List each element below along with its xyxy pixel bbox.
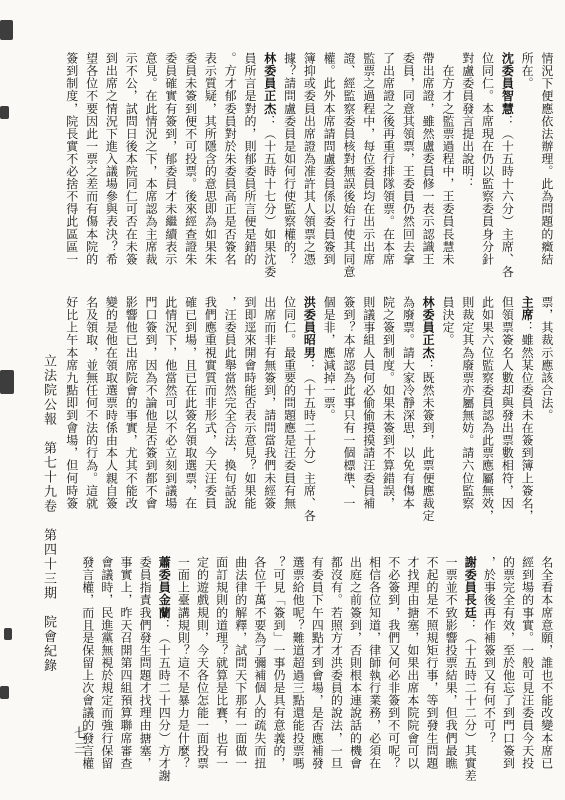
text-column: 票，其裁示應該合法。 (539, 296, 553, 530)
scan-artifact (0, 106, 9, 119)
text-column: 才找理由搪塞，如果出席本院院會可以 (405, 556, 419, 794)
text-column: 據？請問盧委員是如何行使監察權的？ (282, 52, 296, 276)
text-column: 但領票簽名人數却與發出票數相符，因 (500, 296, 514, 530)
text-column: 在方才之監票過程中，王委員長慧未 (440, 52, 454, 276)
text-column: 則議事組人員何必偷偷摸摸請汪委員補 (361, 296, 375, 530)
speaker-name: 蕭委員金蘭 (157, 556, 171, 619)
speaker-name: 洪委員昭男 (302, 296, 316, 359)
scan-artifact (0, 686, 9, 699)
text-column: ，汪委員此舉當然完全合法，換句話說 (222, 296, 236, 530)
text-column: 的票完全有效，至於他忘了到門口簽到 (501, 556, 515, 794)
text-column: ，於事後再作補簽到又有何不可？ (482, 556, 496, 794)
text-column: 此如果六位監察委員認為此票應屬無效， (480, 296, 494, 530)
text-column: 了出席證之後再重行排隊領票。在本席 (381, 52, 395, 276)
text-column: 會議時，民進黨無視於規定而強行保留 (99, 556, 113, 794)
text-column: 出席而非有無簽到，請問當我們未經簽 (262, 296, 276, 530)
text-column: 簽到制度，院長實不必捨不得此區區一 (64, 52, 78, 276)
text-column: 蕭委員金蘭：（十五時二十四分）方才謝 (157, 556, 171, 794)
text-column: 主席：雖然某位委員未在簽到簿上簽名， (519, 296, 533, 530)
text-column: 各位千萬不要為了彌補個人的疏失而扭 (252, 556, 266, 794)
text-column: 委員指責我們發生問題才找理由搪塞， (137, 556, 151, 794)
text-column: 帶出席證，雖然盧委員修一表示認識王 (420, 52, 434, 276)
text-column: 證、經監察委員核對無誤後始行使其同意 (341, 52, 355, 276)
text-column: 望各位不要因此一票之差而有傷本院的 (84, 52, 98, 276)
scan-artifact (0, 20, 13, 40)
text-band-bottom: 名全看本席意願，誰也不能改變本席已經到場的事實。一般可見汪委員今天投的票完全有效… (80, 556, 553, 794)
text-column: 曲法律的解釋，試問天下那有一面做一 (233, 556, 247, 794)
text-column: 相信各位知道，律師執行業務，必須在 (367, 556, 381, 794)
text-column: 名全看本席意願，誰也不能改變本席已 (539, 556, 553, 794)
text-column: 門口簽到，因為不論他是否簽到都不會 (143, 296, 157, 530)
text-column: 個是非，應減掉一票。 (321, 296, 335, 530)
text-column: 位同仁。本席現在仍以監察委員身分針 (480, 52, 494, 276)
text-column: 林委員正杰：既然未簽到，此票便應裁定 (420, 296, 434, 530)
text-column: 對盧委員發言提出說明： (460, 52, 474, 276)
text-band-middle: 票，其裁示應該合法。主席：雖然某位委員未在簽到簿上簽名，但領票簽名人數却與發出票… (64, 296, 553, 530)
text-column: 我們應重視實質而非形式，今天汪委員 (203, 296, 217, 530)
text-column: ？可見「簽到」一事仍是具有意義的， (271, 556, 285, 794)
speaker-name: 林委員正杰 (263, 52, 277, 115)
scan-artifact (0, 370, 14, 394)
text-column: 員決定。 (440, 296, 454, 530)
text-column: 表示質疑，其所隱含的意思即為如果朱 (203, 52, 217, 276)
text-column: 此情況下，他當然可以不必立刻到議場 (163, 296, 177, 530)
text-column: 林委員正杰：（十五時十七分）如果沈委 (262, 52, 276, 276)
speaker-name: 林委員正杰 (421, 296, 435, 359)
text-column: 為廢票。請大家冷靜深思，以免有傷本 (401, 296, 415, 530)
text-column: 發言權，而且是保留上次會議的發言權 (80, 556, 94, 794)
text-column: 到即逕來開會時能否表示意見？如果能 (242, 296, 256, 530)
text-column: 面訂規則的道理？就算是比賽，也有一 (214, 556, 228, 794)
text-column: 經到場的事實。一般可見汪委員今天投 (520, 556, 534, 794)
text-column: 出庭之前簽到，否則根本連說話的機會 (348, 556, 362, 794)
text-column: 洪委員昭男：（十五時二十分）主席、各 (302, 296, 316, 530)
text-column: 位同仁。最重要的問題應是汪委員有無 (282, 296, 296, 530)
text-column: 謝委員長廷：（十五時二十二分）其實差 (463, 556, 477, 794)
text-column: 名及領取，並無任何不法的行為。這就 (84, 296, 98, 530)
scan-artifact (4, 628, 12, 640)
speaker-name: 沈委員智慧 (500, 52, 514, 115)
text-column: 情況下便應依法辦理。此為問題的癥結 (539, 52, 553, 276)
text-column: 不必簽到，我們又何必非簽到不可呢？ (386, 556, 400, 794)
text-column: 都沒有。若照方才洪委員的說法，一旦 (329, 556, 343, 794)
text-column: 不起的是不照規矩行事，等到發生問題 (424, 556, 438, 794)
text-column: 。方才郁委員對於朱委員高正是否簽名 (222, 52, 236, 276)
text-column: 委員未簽到便不可投票。後來經查證朱 (183, 52, 197, 276)
text-column: 簿抑或委員出席證為准許其人領票之憑 (302, 52, 316, 276)
text-column: 院之簽到制度。如果未簽到不算錯誤， (381, 296, 395, 530)
text-column: 一面上臺講規則？這不是暴力是什麼？ (176, 556, 190, 794)
text-column: 則裁定其為廢票亦屬無妨。請六位監察 (460, 296, 474, 530)
text-column: 有委員下午四點才到會場，是否應補發 (310, 556, 324, 794)
text-column: 好比上午本席九點即到會場，但何時簽 (64, 296, 78, 530)
text-column: 意見。在此情況之下，本席認為主席裁 (143, 52, 157, 276)
text-column: 監票之過程中，每位委員均在出示出席 (361, 52, 375, 276)
text-column: 委員確實有簽到，郁委員才未繼續表示 (163, 52, 177, 276)
text-column: 事實上，昨天召開第四組預算聯席審查 (118, 556, 132, 794)
text-column: 變的是他在領取選票時係由本人親自簽 (104, 296, 118, 530)
text-column: 委員，同意其領票，王委員仍然回去拿 (401, 52, 415, 276)
text-column: 選票給他呢？難道超過三點還能投票嗎 (290, 556, 304, 794)
text-column: 權。此外本席請問盧委員係以委員簽到 (321, 52, 335, 276)
text-column: 到出席之情況下進入議場參與表決？希 (104, 52, 118, 276)
text-column: 影響他已出席院會的事實，尤其不能改 (123, 296, 137, 530)
text-column: 所在。 (519, 52, 533, 276)
spine-title: 立法院公報 第七十九卷 第四十三期 院會紀錄 (42, 354, 55, 673)
speaker-name: 謝委員長廷 (463, 556, 477, 619)
text-column: 示不公，試問日後本院同仁可否在未簽 (123, 52, 137, 276)
text-column: 員所言是對的，則郁委員所言便是錯的 (242, 52, 256, 276)
gazette-page: 立法院公報 第七十九卷 第四十三期 院會紀錄 七三 情況下便應依法辦理。此為問題… (0, 0, 565, 800)
text-column: 沈委員智慧：（十五時十六分）主席、各 (500, 52, 514, 276)
text-band-top: 情況下便應依法辦理。此為問題的癥結所在。沈委員智慧：（十五時十六分）主席、各位同… (64, 52, 553, 276)
text-column: 確已到場，且已在此簽名領取選票，在 (183, 296, 197, 530)
text-column: 一票並不致影響投票結果，但我們最瞧 (443, 556, 457, 794)
text-column: 簽到？本席認為此事只有一個標準、一 (341, 296, 355, 530)
speaker-name: 主席 (520, 296, 534, 321)
text-column: 定的遊戲規則，今天各位怎能一面投票 (195, 556, 209, 794)
